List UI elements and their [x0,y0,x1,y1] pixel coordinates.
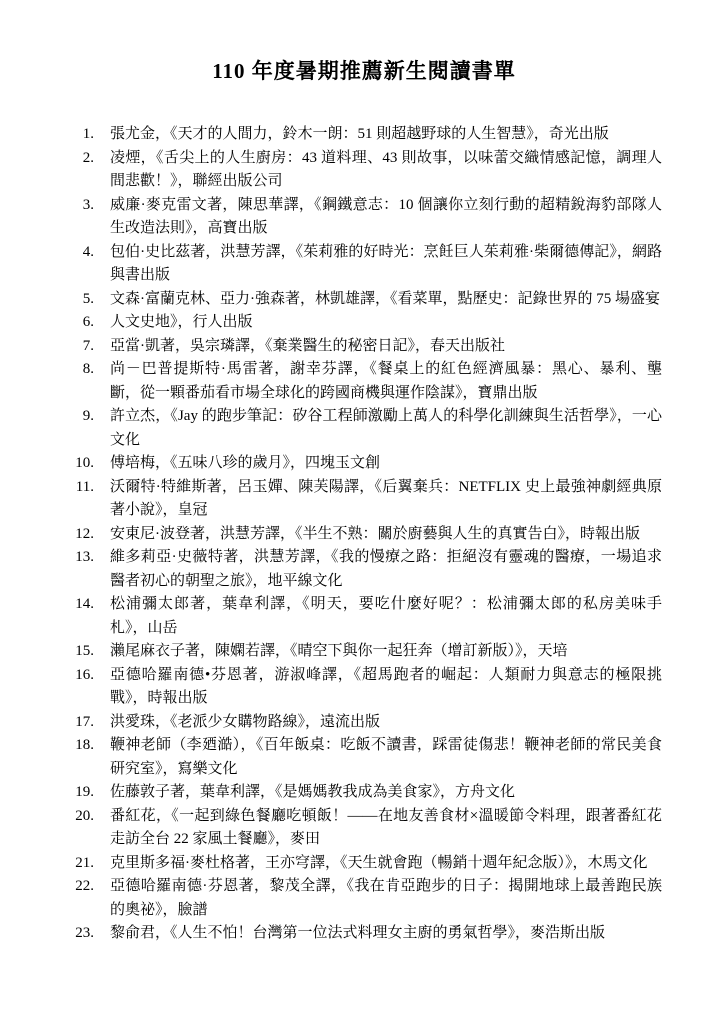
page-title: 110 年度暑期推薦新生閱讀書單 [0,0,728,85]
item-number: 4. [72,241,110,265]
item-text: 松浦彌太郎著，葉韋利譯，《明天，要吃什麼好呢？：松浦彌太郎的私房美味手札》，山岳 [110,593,662,640]
list-item: 12.安東尼·波登著，洪慧芳譯，《半生不熟：關於廚藝與人生的真實告白》，時報出版 [72,523,662,547]
item-number: 15. [72,640,110,664]
item-text: 維多莉亞·史薇特著，洪慧芳譯，《我的慢療之路：拒絕沒有靈魂的醫療，一場追求醫者初… [110,546,662,593]
list-item: 22.亞德哈羅南德·芬恩著，黎茂全譯，《我在肯亞跑步的日子：揭開地球上最善跑民族… [72,875,662,922]
item-number: 18. [72,734,110,758]
list-item: 18.鞭神老師（李廼澔），《百年飯桌：吃飯不讀書，踩雷徒傷悲！鞭神老師的常民美食… [72,734,662,781]
item-text: 克里斯多福·麥杜格著，王亦穹譯，《天生就會跑（暢銷十週年紀念版）》，木馬文化 [110,852,662,876]
item-number: 17. [72,711,110,735]
item-text: 鞭神老師（李廼澔），《百年飯桌：吃飯不讀書，踩雷徒傷悲！鞭神老師的常民美食研究室… [110,734,662,781]
item-text: 安東尼·波登著，洪慧芳譯，《半生不熟：關於廚藝與人生的真實告白》，時報出版 [110,523,662,547]
item-text: 尚－巴普提斯特·馬雷著，謝幸芬譯，《餐桌上的紅色經濟風暴：黑心、暴利、壟斷，從一… [110,358,662,405]
item-text: 洪愛珠，《老派少女購物路線》，遠流出版 [110,711,662,735]
list-item: 15.瀨尾麻衣子著，陳嫻若譯，《晴空下與你一起狂奔（增訂新版）》，天培 [72,640,662,664]
list-item: 10.傅培梅，《五味八珍的歲月》，四塊玉文創 [72,452,662,476]
list-item: 2.凌煙，《舌尖上的人生廚房：43 道料理、43 則故事，以味蕾交織情感記憶，調… [72,147,662,194]
book-list: 1.張尤金，《天才的人間力，鈴木一朗：51 則超越野球的人生智慧》，奇光出版2.… [72,123,662,946]
item-number: 21. [72,852,110,876]
item-text: 文森·富蘭克林、亞力·強森著，林凱雄譯，《看菜單，點歷史：記錄世界的 75 場盛… [110,288,662,312]
item-number: 19. [72,781,110,805]
item-number: 12. [72,523,110,547]
list-item: 1.張尤金，《天才的人間力，鈴木一朗：51 則超越野球的人生智慧》，奇光出版 [72,123,662,147]
list-item: 23.黎俞君，《人生不怕！台灣第一位法式料理女主廚的勇氣哲學》，麥浩斯出版 [72,922,662,946]
item-text: 傅培梅，《五味八珍的歲月》，四塊玉文創 [110,452,662,476]
item-text: 人文史地》，行人出版 [110,311,662,335]
list-item: 16.亞德哈羅南德•芬恩著，游淑峰譯，《超馬跑者的崛起：人類耐力與意志的極限挑戰… [72,664,662,711]
item-number: 10. [72,452,110,476]
list-item: 17.洪愛珠，《老派少女購物路線》，遠流出版 [72,711,662,735]
item-text: 包伯·史比茲著，洪慧芳譯，《茱莉雅的好時光：烹飪巨人茱莉雅·柴爾德傳記》，網路與… [110,241,662,288]
list-item: 11.沃爾特·特維斯著，呂玉嬋、陳芙陽譯，《后翼棄兵：NETFLIX 史上最強神… [72,476,662,523]
item-text: 番紅花，《一起到綠色餐廳吃頓飯！——在地友善食材×溫暖節令料理，跟著番紅花走訪全… [110,805,662,852]
list-item: 8.尚－巴普提斯特·馬雷著，謝幸芬譯，《餐桌上的紅色經濟風暴：黑心、暴利、壟斷，… [72,358,662,405]
list-item: 6.人文史地》，行人出版 [72,311,662,335]
item-number: 16. [72,664,110,688]
item-text: 亞德哈羅南德•芬恩著，游淑峰譯，《超馬跑者的崛起：人類耐力與意志的極限挑戰》，時… [110,664,662,711]
item-number: 23. [72,922,110,946]
list-item: 9.許立杰，《Jay 的跑步筆記：矽谷工程師激勵上萬人的科學化訓練與生活哲學》，… [72,405,662,452]
list-item: 20.番紅花，《一起到綠色餐廳吃頓飯！——在地友善食材×溫暖節令料理，跟著番紅花… [72,805,662,852]
list-item: 3.威廉·麥克雷文著，陳思華譯，《鋼鐵意志：10 個讓你立刻行動的超精銳海豹部隊… [72,194,662,241]
item-number: 11. [72,476,110,500]
item-number: 9. [72,405,110,429]
item-text: 亞德哈羅南德·芬恩著，黎茂全譯，《我在肯亞跑步的日子：揭開地球上最善跑民族的奧祕… [110,875,662,922]
document-page: 110 年度暑期推薦新生閱讀書單 1.張尤金，《天才的人間力，鈴木一朗：51 則… [0,0,728,1012]
item-text: 黎俞君，《人生不怕！台灣第一位法式料理女主廚的勇氣哲學》，麥浩斯出版 [110,922,662,946]
list-item: 14.松浦彌太郎著，葉韋利譯，《明天，要吃什麼好呢？：松浦彌太郎的私房美味手札》… [72,593,662,640]
list-item: 21.克里斯多福·麥杜格著，王亦穹譯，《天生就會跑（暢銷十週年紀念版）》，木馬文… [72,852,662,876]
list-item: 5.文森·富蘭克林、亞力·強森著，林凱雄譯，《看菜單，點歷史：記錄世界的 75 … [72,288,662,312]
item-number: 1. [72,123,110,147]
list-item: 13.維多莉亞·史薇特著，洪慧芳譯，《我的慢療之路：拒絕沒有靈魂的醫療，一場追求… [72,546,662,593]
item-text: 瀨尾麻衣子著，陳嫻若譯，《晴空下與你一起狂奔（增訂新版）》，天培 [110,640,662,664]
item-number: 13. [72,546,110,570]
list-item: 19.佐藤敦子著，葉韋利譯，《是媽媽教我成為美食家》，方舟文化 [72,781,662,805]
item-number: 2. [72,147,110,171]
item-number: 3. [72,194,110,218]
item-text: 張尤金，《天才的人間力，鈴木一朗：51 則超越野球的人生智慧》，奇光出版 [110,123,662,147]
item-number: 14. [72,593,110,617]
item-text: 沃爾特·特維斯著，呂玉嬋、陳芙陽譯，《后翼棄兵：NETFLIX 史上最強神劇經典… [110,476,662,523]
item-text: 許立杰，《Jay 的跑步筆記：矽谷工程師激勵上萬人的科學化訓練與生活哲學》，一心… [110,405,662,452]
item-number: 5. [72,288,110,312]
item-number: 8. [72,358,110,382]
list-item: 4.包伯·史比茲著，洪慧芳譯，《茱莉雅的好時光：烹飪巨人茱莉雅·柴爾德傳記》，網… [72,241,662,288]
item-number: 20. [72,805,110,829]
item-text: 佐藤敦子著，葉韋利譯，《是媽媽教我成為美食家》，方舟文化 [110,781,662,805]
item-text: 亞當·凱著，吳宗璘譯，《棄業醫生的秘密日記》，春天出版社 [110,335,662,359]
item-number: 6. [72,311,110,335]
item-number: 7. [72,335,110,359]
item-text: 威廉·麥克雷文著，陳思華譯，《鋼鐵意志：10 個讓你立刻行動的超精銳海豹部隊人生… [110,194,662,241]
item-number: 22. [72,875,110,899]
list-item: 7.亞當·凱著，吳宗璘譯，《棄業醫生的秘密日記》，春天出版社 [72,335,662,359]
item-text: 凌煙，《舌尖上的人生廚房：43 道料理、43 則故事，以味蕾交織情感記憶，調理人… [110,147,662,194]
